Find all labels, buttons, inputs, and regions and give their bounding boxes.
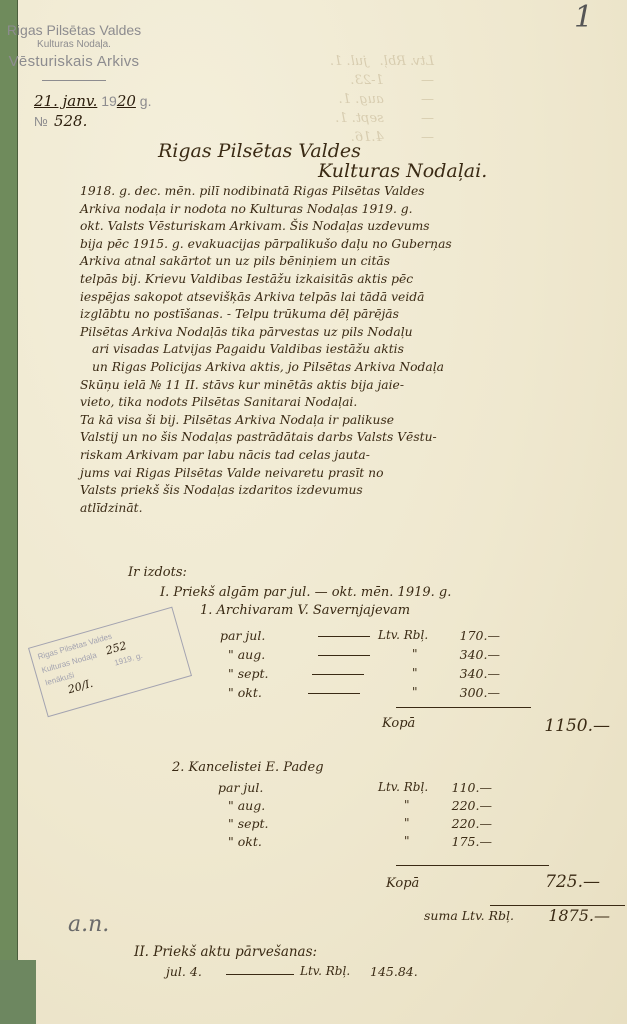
number-value: 528. bbox=[54, 112, 87, 130]
entry-1-row-amount: 300.— bbox=[430, 685, 500, 700]
entry-1-row-currency: Ltv. Rbļ. bbox=[378, 628, 428, 642]
body-line: Arkiva nodaļa ir nodota no Kulturas Noda… bbox=[80, 201, 610, 219]
body-line: Skūņu ielā № 11 II. stāvs kur minētās ak… bbox=[80, 377, 610, 395]
body-line: Valsts priekš šis Nodaļas izdaritos izde… bbox=[80, 482, 610, 500]
body-line: okt. Valsts Vēsturiskam Arkivam. Šis Nod… bbox=[80, 218, 610, 236]
leader-line bbox=[312, 674, 364, 675]
bleed-through-text: Ltv. Rbļ. jul. 1. — 1-23. — aug. 1. — se… bbox=[330, 52, 434, 147]
stamp-line-1: Rigas Pilsētas Valdes bbox=[4, 22, 144, 38]
entry-1-row-amount: 340.— bbox=[430, 647, 500, 662]
body-line: atlīdzināt. bbox=[80, 500, 610, 518]
entry-1-total-label: Kopā bbox=[382, 716, 415, 731]
entry-1-row-amount: 170.— bbox=[430, 628, 500, 643]
entry-2-row-currency: " bbox=[404, 798, 410, 812]
section-2-row-label: jul. 4. bbox=[166, 964, 202, 979]
body-line: riskam Arkivam par labu nācis tad celas … bbox=[80, 447, 610, 465]
subtotal-rule bbox=[396, 707, 531, 708]
entry-2-row-amount: 220.— bbox=[420, 816, 492, 831]
addressee-line-1: Rigas Pilsētas Valdes bbox=[158, 140, 361, 162]
entry-1-title: 1. Archivaram V. Savernjajevam bbox=[200, 603, 410, 618]
entry-2-row-currency: " bbox=[404, 834, 410, 848]
document-page: Ltv. Rbļ. jul. 1. — 1-23. — aug. 1. — se… bbox=[0, 0, 627, 1024]
stamp-divider bbox=[42, 80, 106, 81]
grand-total-label: suma Ltv. Rbļ. bbox=[424, 908, 514, 923]
entry-2-row-label: par jul. bbox=[218, 780, 263, 795]
entry-1-row-currency: " bbox=[412, 647, 418, 661]
entry-2-row-amount: 175.— bbox=[420, 834, 492, 849]
date-handwritten: 21. janv. bbox=[34, 92, 97, 110]
entry-1-row-label: " okt. bbox=[228, 685, 262, 700]
registration-date: 21. janv. 1920 g. bbox=[34, 92, 151, 110]
body-line: iespējas sakopot atsevišķās Arkiva telpā… bbox=[80, 289, 610, 307]
stamp-line-3: Vēsturiskais Arkivs bbox=[4, 52, 144, 72]
entry-2-row-amount: 110.— bbox=[420, 780, 492, 795]
body-line: vieto, tika nodots Pilsētas Sanitarai No… bbox=[80, 394, 610, 412]
leader-line bbox=[308, 693, 360, 694]
entry-2-row-currency: " bbox=[404, 816, 410, 830]
body-line: jums vai Rigas Pilsētas Valde neivaretu … bbox=[80, 465, 610, 483]
section-1-heading: I. Priekš algām par jul. — okt. mēn. 191… bbox=[160, 585, 451, 600]
body-line: ari visadas Latvijas Pagaidu Valdibas ie… bbox=[80, 341, 610, 359]
entry-1-row-label: " sept. bbox=[228, 666, 269, 681]
binding-strip bbox=[0, 0, 18, 1024]
year-handwritten: 20 bbox=[117, 92, 136, 110]
leader-line bbox=[318, 655, 370, 656]
binding-strip-bottom bbox=[0, 960, 36, 1024]
body-line: bija pēc 1915. g. evakuacijas pārpalikuš… bbox=[80, 236, 610, 254]
entry-1-row-amount: 340.— bbox=[430, 666, 500, 681]
year-suffix: g. bbox=[140, 93, 152, 109]
entry-2-row-label: " sept. bbox=[228, 816, 269, 831]
letter-body: 1918. g. dec. mēn. pilī nodibinatā Rigas… bbox=[80, 183, 610, 517]
leader-line bbox=[226, 974, 294, 975]
archive-stamp-header: Rigas Pilsētas Valdes Kulturas Nodaļa. V… bbox=[4, 22, 144, 81]
entry-2-title: 2. Kancelistei E. Padeg bbox=[172, 760, 324, 775]
entry-2-total: 725.— bbox=[480, 872, 600, 892]
body-line: Ta kā visa ši bij. Pilsētas Arkiva Nodaļ… bbox=[80, 412, 610, 430]
body-line: Arkiva atnal sakārtot un uz pils bēniņie… bbox=[80, 253, 610, 271]
page-number: 1 bbox=[574, 0, 593, 35]
entry-1-row-currency: " bbox=[412, 666, 418, 680]
year-prefix: 19 bbox=[101, 93, 117, 109]
body-line: izglābtu no postīšanas. - Telpu trūkuma … bbox=[80, 306, 610, 324]
receipt-stamp: Rigas Pilsētas Valdes Kulturas Nodaļa 25… bbox=[28, 607, 192, 718]
entry-2-row-amount: 220.— bbox=[420, 798, 492, 813]
registration-number: №528. bbox=[34, 112, 87, 130]
entry-2-row-label: " aug. bbox=[228, 798, 265, 813]
entry-1-row-currency: " bbox=[412, 685, 418, 699]
addressee-line-2: Kulturas Nodaļai. bbox=[318, 160, 487, 182]
body-line: un Rigas Policijas Arkiva aktis, jo Pils… bbox=[80, 359, 610, 377]
subtotal-rule bbox=[396, 865, 549, 866]
leader-line bbox=[318, 636, 370, 637]
entry-1-row-label: par jul. bbox=[220, 628, 265, 643]
expenses-intro: Ir izdots: bbox=[128, 565, 187, 580]
section-2-row-amount: 145.84. bbox=[370, 964, 418, 979]
entry-2-total-label: Kopā bbox=[386, 876, 419, 891]
body-line: 1918. g. dec. mēn. pilī nodibinatā Rigas… bbox=[80, 183, 610, 201]
number-label: № bbox=[34, 114, 48, 129]
section-2-row-currency: Ltv. Rbļ. bbox=[300, 964, 350, 978]
section-2-heading: II. Priekš aktu pārvešanas: bbox=[134, 944, 317, 960]
body-line: Valstij un no šis Nodaļas pastrādātais d… bbox=[80, 429, 610, 447]
pencil-annotation: a.n. bbox=[68, 912, 109, 937]
entry-1-row-label: " aug. bbox=[228, 647, 265, 662]
stamp-line-2: Kulturas Nodaļa. bbox=[4, 38, 144, 52]
entry-1-total: 1150.— bbox=[500, 716, 610, 736]
grand-total: 1875.— bbox=[510, 906, 610, 925]
entry-2-row-label: " okt. bbox=[228, 834, 262, 849]
body-line: Pilsētas Arkiva Nodaļās tika pārvestas u… bbox=[80, 324, 610, 342]
body-line: telpās bij. Krievu Valdibas Iestāžu izka… bbox=[80, 271, 610, 289]
